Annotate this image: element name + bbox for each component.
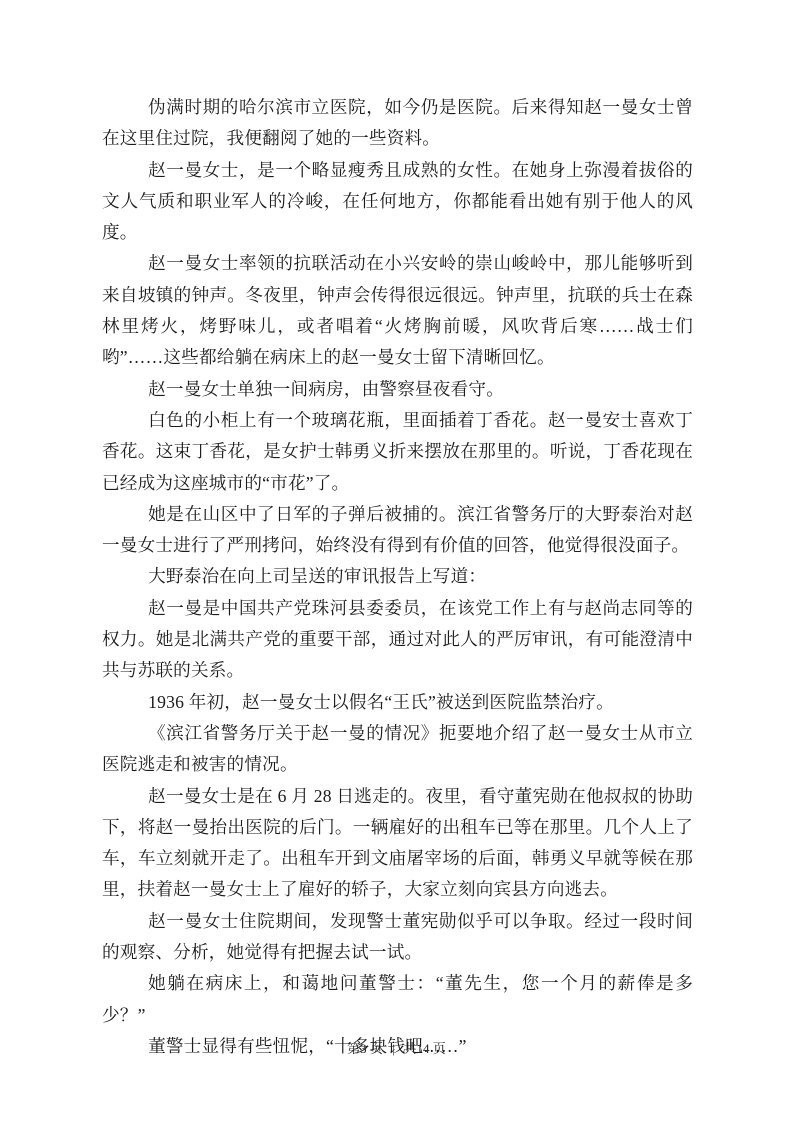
page-number-separator: | xyxy=(392,1040,395,1058)
paragraph: 伪满时期的哈尔滨市立医院，如今仍是医院。后来得知赵一曼女士曾在这里住过院，我便翻… xyxy=(102,92,693,155)
page-number-current: 第3 页 xyxy=(347,1041,383,1056)
paragraph: 她躺在病床上，和蔼地问董警士：“董先生，您一个月的薪俸是多少？” xyxy=(102,968,693,1031)
paragraph: 白色的小柜上有一个玻璃花瓶，里面插着丁香花。赵一曼安士喜欢丁香花。这束丁香花，是… xyxy=(102,405,693,499)
paragraph: 赵一曼女士住院期间，发现警士董宪勋似乎可以争取。经过一段时间的观察、分析，她觉得… xyxy=(102,906,693,969)
paragraph: 《滨江省警务厅关于赵一曼的情况》扼要地介绍了赵一曼女士从市立医院逃走和被害的情况… xyxy=(102,718,693,781)
paragraph: 赵一曼女士是在 6 月 28 日逃走的。夜里，看守董宪勋在他叔叔的协助下，将赵一… xyxy=(102,781,693,906)
page-number-total: 共14 页 xyxy=(404,1041,446,1056)
paragraph: 赵一曼女士单独一间病房，由警察昼夜看守。 xyxy=(102,374,693,405)
paragraph: 赵一曼女士率领的抗联活动在小兴安岭的崇山峻岭中，那儿能够听到来自坡镇的钟声。冬夜… xyxy=(102,248,693,373)
paragraph: 1936 年初，赵一曼女士以假名“王氏”被送到医院监禁治疗。 xyxy=(102,687,693,718)
paragraph: 她是在山区中了日军的子弹后被捕的。滨江省警务厅的大野泰治对赵一曼女士进行了严刑拷… xyxy=(102,499,693,562)
page-footer: 第3 页|共14 页 xyxy=(0,1040,793,1058)
paragraph: 赵一曼女士，是一个略显瘦秀且成熟的女性。在她身上弥漫着拔俗的文人气质和职业军人的… xyxy=(102,155,693,249)
document-body: 伪满时期的哈尔滨市立医院，如今仍是医院。后来得知赵一曼女士曾在这里住过院，我便翻… xyxy=(102,92,693,1062)
paragraph: 大野泰治在向上司呈送的审讯报告上写道： xyxy=(102,561,693,592)
paragraph: 赵一曼是中国共产党珠河县委委员，在该党工作上有与赵尚志同等的权力。她是北满共产党… xyxy=(102,593,693,687)
document-page: 伪满时期的哈尔滨市立医院，如今仍是医院。后来得知赵一曼女士曾在这里住过院，我便翻… xyxy=(0,0,793,1122)
